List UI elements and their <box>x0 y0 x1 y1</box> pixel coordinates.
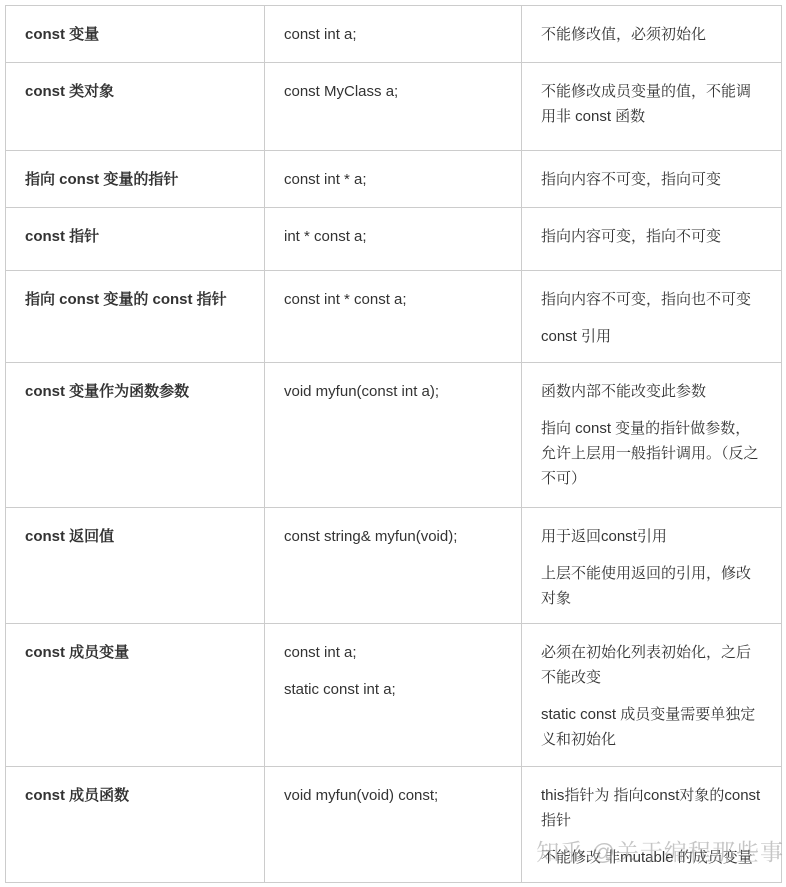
usage-cell: const 变量 <box>6 6 265 63</box>
cell-text: const int a; <box>284 640 505 665</box>
usage-cell: const 成员函数 <box>6 767 265 883</box>
table-row: const 成员函数void myfun(void) const;this指针为… <box>6 767 782 883</box>
usage-cell: 指向 const 变量的指针 <box>6 151 265 208</box>
cell-text: void myfun(void) const; <box>284 783 505 808</box>
cell-text: 不能修改值，必须初始化 <box>541 22 765 47</box>
code-cell: int * const a; <box>265 208 522 271</box>
table-row: const 返回值const string& myfun(void);用于返回c… <box>6 508 782 624</box>
cell-text: const 指针 <box>25 224 248 249</box>
usage-cell: const 类对象 <box>6 63 265 151</box>
description-cell: 不能修改成员变量的值，不能调用非 const 函数 <box>522 63 782 151</box>
cell-text: 指向 const 变量的指针 <box>25 167 248 192</box>
cell-text: const 成员变量 <box>25 640 248 665</box>
table-row: 指向 const 变量的 const 指针const int * const a… <box>6 271 782 363</box>
cell-text: 指向 const 变量的 const 指针 <box>25 287 248 312</box>
code-cell: const int a; <box>265 6 522 63</box>
description-cell: this指针为 指向const对象的const指针不能修改 非mutable 的… <box>522 767 782 883</box>
usage-cell: const 变量作为函数参数 <box>6 363 265 508</box>
description-cell: 不能修改值，必须初始化 <box>522 6 782 63</box>
table-row: const 变量作为函数参数void myfun(const int a);函数… <box>6 363 782 508</box>
code-cell: void myfun(void) const; <box>265 767 522 883</box>
table-row: const 变量const int a;不能修改值，必须初始化 <box>6 6 782 63</box>
cell-text: const 类对象 <box>25 79 248 104</box>
description-cell: 函数内部不能改变此参数指向 const 变量的指针做参数，允许上层用一般指针调用… <box>522 363 782 508</box>
table-row: const 成员变量const int a;static const int a… <box>6 624 782 767</box>
cell-text: 函数内部不能改变此参数 <box>541 379 765 404</box>
cell-text: const MyClass a; <box>284 79 505 104</box>
const-table-body: const 变量const int a;不能修改值，必须初始化const 类对象… <box>6 6 782 883</box>
description-cell: 必须在初始化列表初始化，之后不能改变static const 成员变量需要单独定… <box>522 624 782 767</box>
description-cell: 指向内容可变，指向不可变 <box>522 208 782 271</box>
cell-text: const int a; <box>284 22 505 47</box>
cell-text: const int * a; <box>284 167 505 192</box>
table-row: const 指针int * const a;指向内容可变，指向不可变 <box>6 208 782 271</box>
usage-cell: 指向 const 变量的 const 指针 <box>6 271 265 363</box>
cell-text: 不能修改 非mutable 的成员变量 <box>541 845 765 870</box>
code-cell: void myfun(const int a); <box>265 363 522 508</box>
cell-text: const 返回值 <box>25 524 248 549</box>
code-cell: const int * const a; <box>265 271 522 363</box>
cell-text: const 成员函数 <box>25 783 248 808</box>
code-cell: const int * a; <box>265 151 522 208</box>
code-cell: const string& myfun(void); <box>265 508 522 624</box>
cell-text: const string& myfun(void); <box>284 524 505 549</box>
usage-cell: const 指针 <box>6 208 265 271</box>
table-row: const 类对象const MyClass a;不能修改成员变量的值，不能调用… <box>6 63 782 151</box>
cell-text: 上层不能使用返回的引用，修改对象 <box>541 561 765 611</box>
cell-text: int * const a; <box>284 224 505 249</box>
cell-text: 不能修改成员变量的值，不能调用非 const 函数 <box>541 79 765 129</box>
description-cell: 用于返回const引用上层不能使用返回的引用，修改对象 <box>522 508 782 624</box>
cell-text: void myfun(const int a); <box>284 379 505 404</box>
cell-text: 指向 const 变量的指针做参数，允许上层用一般指针调用。（反之不可） <box>541 416 765 491</box>
cell-text: const 变量 <box>25 22 248 47</box>
usage-cell: const 返回值 <box>6 508 265 624</box>
code-cell: const MyClass a; <box>265 63 522 151</box>
usage-cell: const 成员变量 <box>6 624 265 767</box>
cell-text: const 变量作为函数参数 <box>25 379 248 404</box>
cell-text: 指向内容不可变，指向可变 <box>541 167 765 192</box>
description-cell: 指向内容不可变，指向可变 <box>522 151 782 208</box>
code-cell: const int a;static const int a; <box>265 624 522 767</box>
cell-text: const 引用 <box>541 324 765 349</box>
table-row: 指向 const 变量的指针const int * a;指向内容不可变，指向可变 <box>6 151 782 208</box>
cell-text: 指向内容可变，指向不可变 <box>541 224 765 249</box>
const-usage-table: const 变量const int a;不能修改值，必须初始化const 类对象… <box>5 5 782 883</box>
cell-text: 用于返回const引用 <box>541 524 765 549</box>
cell-text: 必须在初始化列表初始化，之后不能改变 <box>541 640 765 690</box>
cell-text: this指针为 指向const对象的const指针 <box>541 783 765 833</box>
cell-text: const int * const a; <box>284 287 505 312</box>
cell-text: 指向内容不可变，指向也不可变 <box>541 287 765 312</box>
cell-text: static const int a; <box>284 677 505 702</box>
description-cell: 指向内容不可变，指向也不可变const 引用 <box>522 271 782 363</box>
cell-text: static const 成员变量需要单独定义和初始化 <box>541 702 765 752</box>
const-usage-table-container: const 变量const int a;不能修改值，必须初始化const 类对象… <box>5 5 782 883</box>
